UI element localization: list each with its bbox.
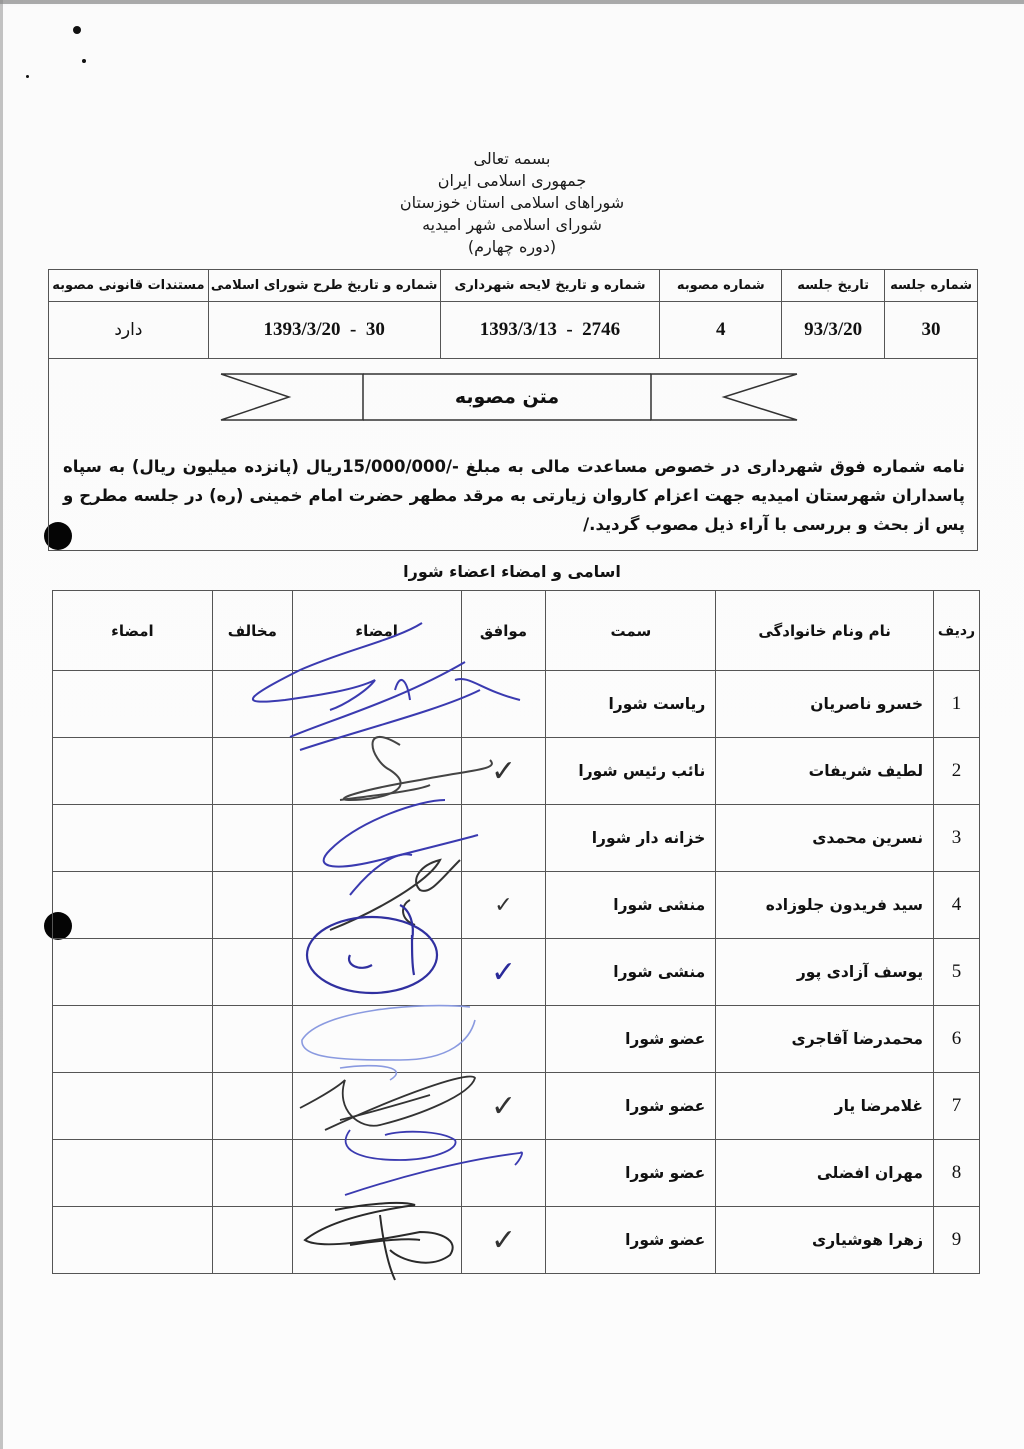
member-role: عضو شورا (546, 1140, 716, 1207)
header-name: نام ونام خانوادگی (716, 591, 934, 671)
member-number: 5 (934, 939, 980, 1006)
legal-docs-value: دارد (49, 302, 209, 359)
resolution-section: متن مصوبه نامه شماره فوق شهرداری در خصوص… (48, 358, 978, 551)
header-bill-number-date: شماره و تاریخ لایحه شهرداری (440, 270, 660, 302)
member-number: 7 (934, 1073, 980, 1140)
agree-cell: ✓ (461, 1207, 546, 1274)
agree-cell (461, 671, 546, 738)
letterhead-city-council: شورای اسلامی شهر امیدیه (300, 214, 724, 236)
checkmark-icon: ✓ (491, 1223, 516, 1258)
member-role: عضو شورا (546, 1207, 716, 1274)
signature-cell (292, 738, 461, 805)
resolution-title: متن مصوبه (363, 372, 651, 422)
member-name: یوسف آزادی پور (716, 939, 934, 1006)
header-plan-number-date: شماره و تاریخ طرح شورای اسلامی (208, 270, 440, 302)
member-row: 8 مهران افضلی عضو شورا (53, 1140, 980, 1207)
disagree-cell (212, 805, 292, 872)
member-role: عضو شورا (546, 1073, 716, 1140)
member-row: 5 یوسف آزادی پور منشی شورا ✓ (53, 939, 980, 1006)
agree-cell: ✓ (461, 939, 546, 1006)
disagree-signature-cell (53, 1073, 213, 1140)
member-name: زهرا هوشیاری (716, 1207, 934, 1274)
scan-speck (82, 59, 86, 63)
letterhead-term: (دوره چهارم) (300, 236, 724, 258)
member-number: 3 (934, 805, 980, 872)
checkmark-icon: ✓ (494, 893, 512, 918)
member-name: محمدرضا آقاجری (716, 1006, 934, 1073)
session-date: 93/3/20 (782, 302, 885, 359)
disagree-cell (212, 1073, 292, 1140)
signature-cell (292, 872, 461, 939)
agree-cell (461, 1006, 546, 1073)
member-role: خزانه دار شورا (546, 805, 716, 872)
member-number: 2 (934, 738, 980, 805)
disagree-signature-cell (53, 939, 213, 1006)
signature-cell (292, 1207, 461, 1274)
members-header-row: ردیف نام ونام خانوادگی سمت موافق امضاء م… (53, 591, 980, 671)
letterhead-province-councils: شوراهای اسلامی استان خوزستان (300, 192, 724, 214)
member-role: منشی شورا (546, 939, 716, 1006)
member-role: منشی شورا (546, 872, 716, 939)
member-row: 3 نسرین محمدی خزانه دار شورا (53, 805, 980, 872)
header-agree-signature: امضاء (292, 591, 461, 671)
header-disagree: مخالف (212, 591, 292, 671)
member-name: نسرین محمدی (716, 805, 934, 872)
member-role: عضو شورا (546, 1006, 716, 1073)
resolution-body: نامه شماره فوق شهرداری در خصوص مساعدت ما… (63, 452, 965, 539)
member-name: لطیف شریفات (716, 738, 934, 805)
disagree-signature-cell (53, 805, 213, 872)
header-role: سمت (546, 591, 716, 671)
letterhead-invocation: بسمه تعالی (300, 148, 724, 170)
agree-cell: ✓ (461, 1073, 546, 1140)
signature-cell (292, 1140, 461, 1207)
council-members-table: ردیف نام ونام خانوادگی سمت موافق امضاء م… (52, 590, 980, 1274)
disagree-cell (212, 1207, 292, 1274)
signature-cell (292, 1006, 461, 1073)
disagree-signature-cell (53, 1140, 213, 1207)
scan-speck (26, 75, 29, 78)
plan-number-date: 1393/3/20 - 30 (208, 302, 440, 359)
header-row-number: ردیف (934, 591, 980, 671)
resolution-meta-table: شماره جلسه تاریخ جلسه شماره مصوبه شماره … (48, 269, 978, 359)
agree-cell (461, 805, 546, 872)
checkmark-icon: ✓ (491, 754, 516, 789)
agree-cell: ✓ (461, 872, 546, 939)
resolution-number: 4 (660, 302, 782, 359)
meta-header-row: شماره جلسه تاریخ جلسه شماره مصوبه شماره … (49, 270, 978, 302)
header-disagree-signature: امضاء (53, 591, 213, 671)
header-session-number: شماره جلسه (885, 270, 978, 302)
signature-cell (292, 939, 461, 1006)
disagree-cell (212, 1140, 292, 1207)
member-number: 9 (934, 1207, 980, 1274)
disagree-cell (212, 872, 292, 939)
letterhead-country: جمهوری اسلامی ایران (300, 170, 724, 192)
meta-value-row: 30 93/3/20 4 1393/3/13 - 2746 1393/3/20 … (49, 302, 978, 359)
signature-cell (292, 671, 461, 738)
member-row: 7 غلامرضا یار عضو شورا ✓ (53, 1073, 980, 1140)
disagree-cell (212, 738, 292, 805)
member-row: 2 لطیف شریفات نائب رئیس شورا ✓ (53, 738, 980, 805)
member-row: 1 خسرو ناصریان ریاست شورا (53, 671, 980, 738)
member-row: 4 سید فریدون جلوزاده منشی شورا ✓ (53, 872, 980, 939)
member-name: خسرو ناصریان (716, 671, 934, 738)
header-legal-docs: مستندات قانونی مصوبه (49, 270, 209, 302)
disagree-signature-cell (53, 872, 213, 939)
scan-edge (0, 0, 3, 1449)
disagree-cell (212, 939, 292, 1006)
member-row: 6 محمدرضا آقاجری عضو شورا (53, 1006, 980, 1073)
member-role: ریاست شورا (546, 671, 716, 738)
disagree-signature-cell (53, 671, 213, 738)
member-number: 8 (934, 1140, 980, 1207)
checkmark-icon: ✓ (491, 955, 516, 990)
member-name: مهران افضلی (716, 1140, 934, 1207)
member-number: 1 (934, 671, 980, 738)
member-number: 4 (934, 872, 980, 939)
agree-cell (461, 1140, 546, 1207)
resolution-banner: متن مصوبه (219, 372, 799, 422)
member-row: 9 زهرا هوشیاری عضو شورا ✓ (53, 1207, 980, 1274)
checkmark-icon: ✓ (491, 1089, 516, 1124)
header-agree: موافق (461, 591, 546, 671)
signature-cell (292, 1073, 461, 1140)
disagree-signature-cell (53, 738, 213, 805)
scan-edge (0, 0, 1024, 4)
disagree-cell (212, 1006, 292, 1073)
bill-number-date: 1393/3/13 - 2746 (440, 302, 660, 359)
agree-cell: ✓ (461, 738, 546, 805)
members-section-title: اسامی و امضاء اعضاء شورا (300, 562, 724, 581)
disagree-signature-cell (53, 1207, 213, 1274)
header-resolution-number: شماره مصوبه (660, 270, 782, 302)
signature-cell (292, 805, 461, 872)
member-number: 6 (934, 1006, 980, 1073)
member-name: سید فریدون جلوزاده (716, 872, 934, 939)
member-name: غلامرضا یار (716, 1073, 934, 1140)
letterhead: بسمه تعالی جمهوری اسلامی ایران شوراهای ا… (300, 148, 724, 258)
scan-speck (73, 26, 81, 34)
disagree-cell (212, 671, 292, 738)
header-session-date: تاریخ جلسه (782, 270, 885, 302)
member-role: نائب رئیس شورا (546, 738, 716, 805)
disagree-signature-cell (53, 1006, 213, 1073)
session-number: 30 (885, 302, 978, 359)
